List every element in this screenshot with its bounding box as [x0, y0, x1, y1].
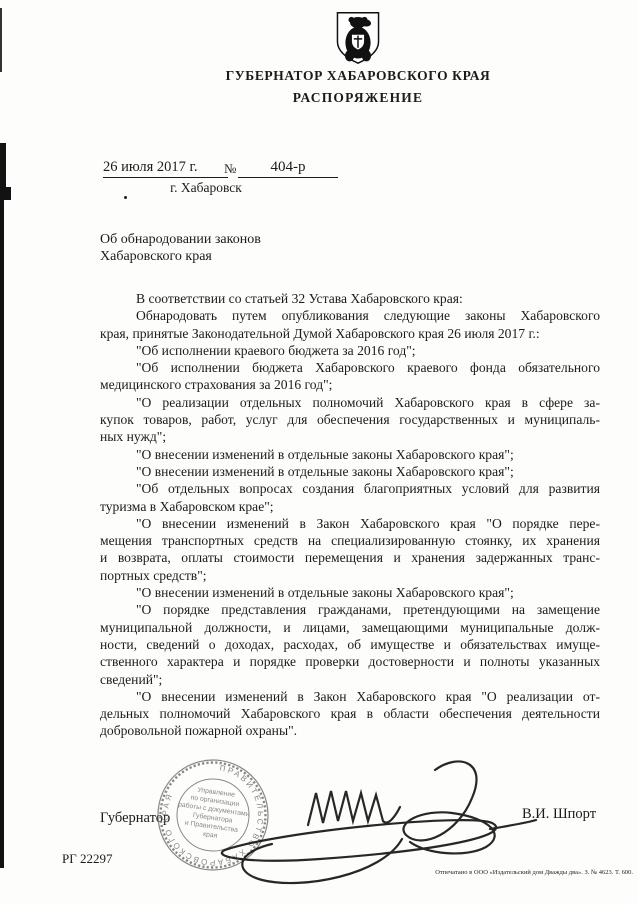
body-line: добровольной пожарной охраны". [100, 722, 600, 739]
body-line: "О внесении изменений в отдельные законы… [100, 584, 600, 601]
stamp-center-line: и Правительства [184, 820, 238, 834]
scan-artifact-line [0, 8, 2, 72]
stamp-center-line: края [203, 831, 218, 840]
body-line: В соответствии со статьей 32 Устава Хаба… [100, 290, 600, 307]
body-line: мещения транспортных средств на специали… [100, 532, 600, 549]
signer-position-title: Губернатор [100, 810, 170, 827]
stamp-ring-text: ПРАВИТЕЛЬСТВО ХАБАРОВСКОГО КРАЯ [154, 756, 272, 874]
print-note: Отпечатано в ООО «Издательский дом Дважд… [435, 869, 633, 876]
body-line: и возврата, оплаты стоимости перемещения… [100, 549, 600, 566]
stamp-center-line: работы с документами [178, 800, 250, 818]
body-line: медицинского страхования за 2016 год"; [100, 376, 600, 393]
body-line: "О порядке представления гражданами, пре… [100, 601, 600, 618]
svg-text:ПРАВИТЕЛЬСТВО ХАБАРОВСКОГО КРА: ПРАВИТЕЛЬСТВО ХАБАРОВСКОГО КРАЯ [154, 756, 272, 874]
body-line: "О внесении изменений в отдельные законы… [100, 463, 600, 480]
body-line: ности, сведений о доходах, расходах, об … [100, 636, 600, 653]
registration-code: РГ 22297 [62, 851, 113, 867]
body-line: "Об отдельных вопросах создания благопри… [100, 480, 600, 497]
stamp-center-line: по организации [190, 794, 240, 808]
body-line: муниципальной должности, и лицами, замещ… [100, 619, 600, 636]
body-line: ных нужд"; [100, 428, 600, 445]
subject-line: Хабаровского края [100, 249, 261, 266]
stamp-center-line: Губернатора [192, 811, 233, 824]
body-line: "О реализации отдельных полномочий Хабар… [100, 394, 600, 411]
body-line: туризма в Хабаровском крае"; [100, 498, 600, 515]
body-line: края, принятые Законодательной Думой Хаб… [100, 325, 600, 342]
document-city: г. Хабаровск [146, 180, 266, 196]
signature-icon [222, 761, 536, 883]
body-line: купок товаров, работ, услуг для обеспече… [100, 411, 600, 428]
scan-artifact-band [0, 198, 4, 868]
coat-of-arms-icon [330, 10, 386, 66]
body-line: ственного характера и порядке проверки д… [100, 653, 600, 670]
body-line: Обнародовать путем опубликования следующ… [100, 307, 600, 324]
body-line: портных средств"; [100, 567, 600, 584]
body-line: "Об исполнении краевого бюджета за 2016 … [100, 342, 600, 359]
document-page: ГУБЕРНАТОР ХАБАРОВСКОГО КРАЯ РАСПОРЯЖЕНИ… [0, 0, 638, 905]
number-sign: № [224, 161, 236, 177]
issuing-authority: ГУБЕРНАТОР ХАБАРОВСКОГО КРАЯ [226, 68, 491, 84]
stamp-center-line: Управление [197, 787, 236, 799]
scan-artifact-dot [124, 196, 127, 199]
signer-name: В.И. Шпорт [522, 806, 596, 823]
document-subject: Об обнародовании законов Хабаровского кр… [100, 232, 261, 266]
body-paragraphs: В соответствии со статьей 32 Устава Хаба… [100, 290, 600, 740]
body-line: "О внесении изменений в отдельные законы… [100, 446, 600, 463]
subject-line: Об обнародовании законов [100, 232, 261, 249]
document-type-title: РАСПОРЯЖЕНИЕ [293, 90, 423, 106]
body-line: сведений"; [100, 671, 600, 688]
document-date: 26 июля 2017 г. [103, 159, 228, 178]
body-line: "О внесении изменений в Закон Хабаровско… [100, 515, 600, 532]
body-line: "Об исполнении бюджета Хабаровского крае… [100, 359, 600, 376]
document-number: 404-р [238, 159, 338, 178]
body-line: дельных полномочий Хабаровского края в о… [100, 705, 600, 722]
body-line: "О внесении изменений в Закон Хабаровско… [100, 688, 600, 705]
